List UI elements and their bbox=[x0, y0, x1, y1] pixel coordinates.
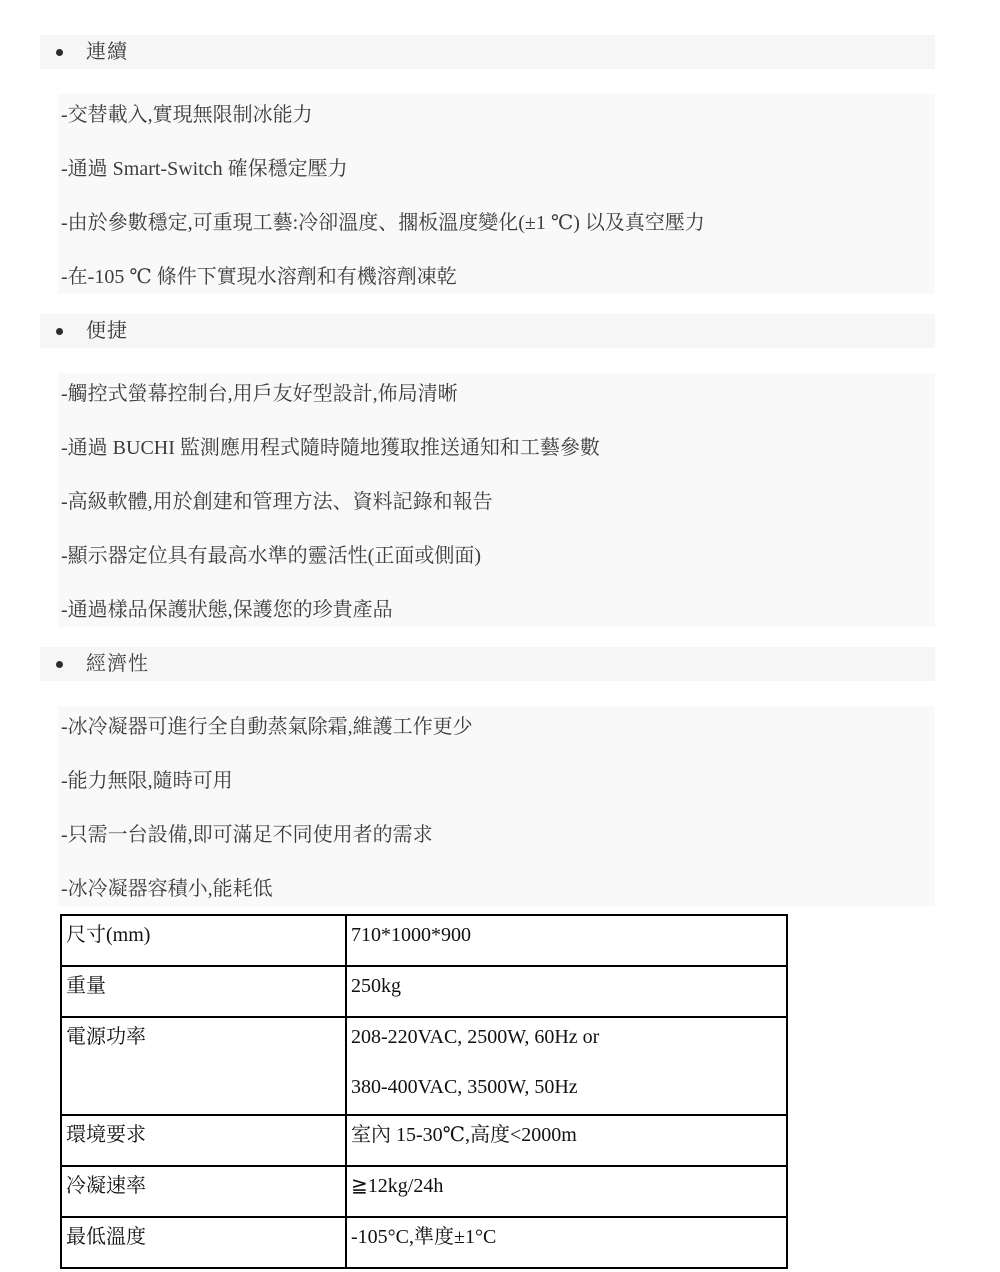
feature-item: -只需一台設備,即可滿足不同使用者的需求 bbox=[61, 824, 927, 846]
spec-value: -105°C,準度±1°C bbox=[346, 1217, 787, 1268]
spec-row-weight: 重量 250kg bbox=[61, 966, 787, 1017]
spec-label: 重量 bbox=[61, 966, 346, 1017]
section-header-economy: 經濟性 bbox=[40, 647, 935, 681]
spec-value: ≧12kg/24h bbox=[346, 1166, 787, 1217]
section-header-continuous: 連續 bbox=[40, 35, 935, 69]
feature-item: -由於參數穩定,可重現工藝:冷卻溫度、擱板溫度變化(±1 ℃) 以及真空壓力 bbox=[61, 212, 927, 234]
spec-row-power: 電源功率 208-220VAC, 2500W, 60Hz or 380-400V… bbox=[61, 1017, 787, 1115]
spec-label: 最低溫度 bbox=[61, 1217, 346, 1268]
spec-value: 710*1000*900 bbox=[346, 915, 787, 966]
feature-item: -通過 BUCHI 監測應用程式隨時隨地獲取推送通知和工藝參數 bbox=[61, 437, 927, 459]
spec-row-dimensions: 尺寸(mm) 710*1000*900 bbox=[61, 915, 787, 966]
feature-item: -能力無限,隨時可用 bbox=[61, 770, 927, 792]
spec-label: 尺寸(mm) bbox=[61, 915, 346, 966]
bullet-icon bbox=[56, 661, 63, 668]
feature-item: -通過 Smart-Switch 確保穩定壓力 bbox=[61, 158, 927, 180]
section-items-continuous: -交替載入,實現無限制冰能力 -通過 Smart-Switch 確保穩定壓力 -… bbox=[58, 94, 935, 294]
feature-item: -顯示器定位具有最高水準的靈活性(正面或側面) bbox=[61, 545, 927, 567]
feature-item: -在-105 ℃ 條件下實現水溶劑和有機溶劑凍乾 bbox=[61, 266, 927, 288]
spec-row-condensation-rate: 冷凝速率 ≧12kg/24h bbox=[61, 1166, 787, 1217]
spec-row-environment: 環境要求 室內 15-30℃,高度<2000m bbox=[61, 1115, 787, 1166]
section-items-convenience: -觸控式螢幕控制台,用戶友好型設計,佈局清晰 -通過 BUCHI 監測應用程式隨… bbox=[58, 373, 935, 627]
document-page: 連續 -交替載入,實現無限制冰能力 -通過 Smart-Switch 確保穩定壓… bbox=[0, 0, 1000, 1272]
spec-value: 250kg bbox=[346, 966, 787, 1017]
feature-item: -高級軟體,用於創建和管理方法、資料記錄和報告 bbox=[61, 491, 927, 513]
spec-label: 冷凝速率 bbox=[61, 1166, 346, 1217]
section-items-economy: -冰冷凝器可進行全自動蒸氣除霜,維護工作更少 -能力無限,隨時可用 -只需一台設… bbox=[58, 706, 935, 906]
spec-label: 電源功率 bbox=[61, 1017, 346, 1115]
section-title: 便捷 bbox=[86, 320, 128, 342]
section-title: 連續 bbox=[86, 41, 128, 63]
section-header-convenience: 便捷 bbox=[40, 314, 935, 348]
spec-label: 環境要求 bbox=[61, 1115, 346, 1166]
spec-table: 尺寸(mm) 710*1000*900 重量 250kg 電源功率 208-22… bbox=[60, 914, 788, 1269]
feature-item: -通過樣品保護狀態,保護您的珍貴產品 bbox=[61, 599, 927, 621]
spec-value: 室內 15-30℃,高度<2000m bbox=[346, 1115, 787, 1166]
bullet-icon bbox=[56, 49, 63, 56]
feature-item: -冰冷凝器容積小,能耗低 bbox=[61, 878, 927, 900]
feature-item: -冰冷凝器可進行全自動蒸氣除霜,維護工作更少 bbox=[61, 716, 927, 738]
spec-row-min-temperature: 最低溫度 -105°C,準度±1°C bbox=[61, 1217, 787, 1268]
bullet-icon bbox=[56, 328, 63, 335]
section-title: 經濟性 bbox=[86, 653, 149, 675]
feature-item: -觸控式螢幕控制台,用戶友好型設計,佈局清晰 bbox=[61, 383, 927, 405]
feature-item: -交替載入,實現無限制冰能力 bbox=[61, 104, 927, 126]
spec-value: 208-220VAC, 2500W, 60Hz or 380-400VAC, 3… bbox=[346, 1017, 787, 1115]
